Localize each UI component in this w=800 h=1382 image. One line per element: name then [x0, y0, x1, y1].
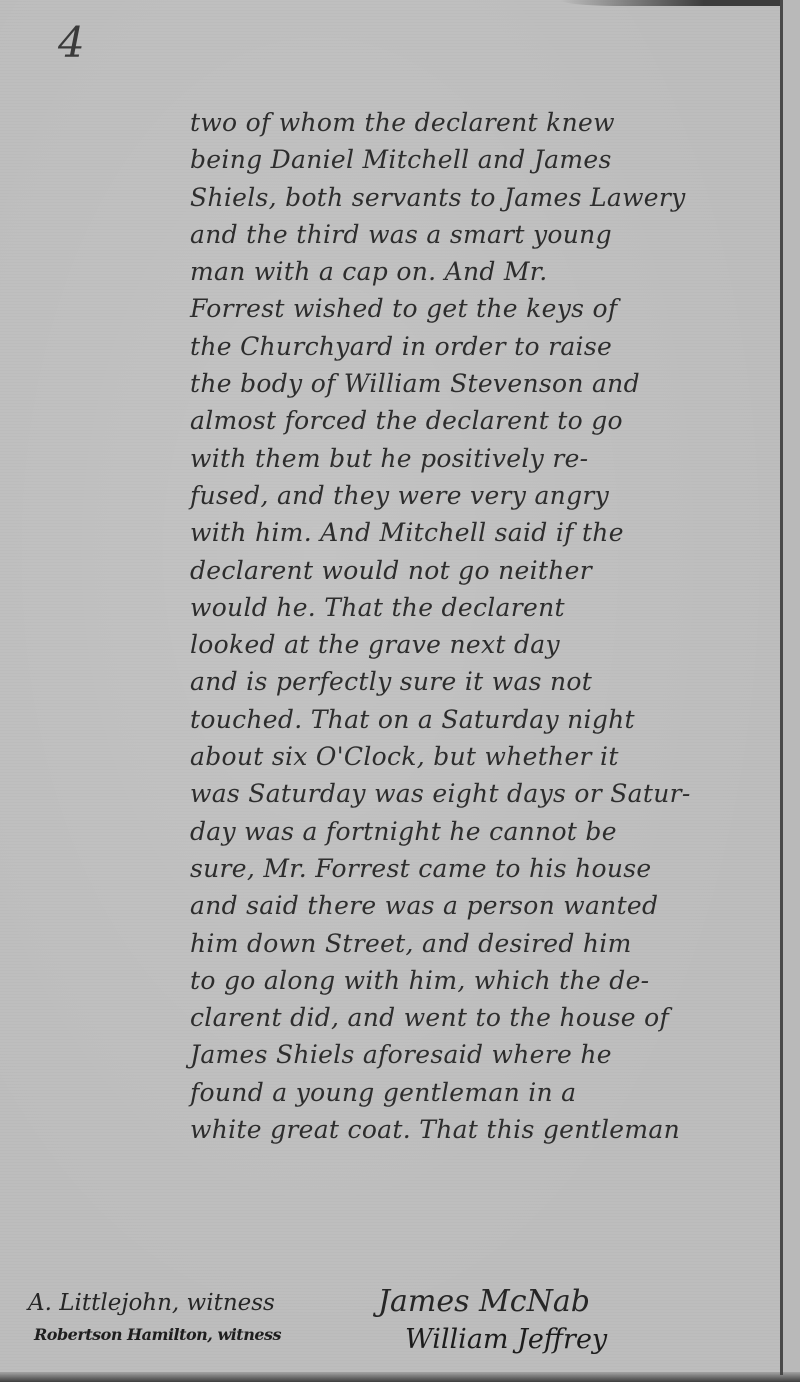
text-line: man with a cap on. And Mr.	[190, 253, 780, 290]
facing-page-edge	[783, 0, 800, 1382]
text-line: to go along with him, which the de-	[190, 962, 780, 999]
text-line: found a young gentleman in a	[190, 1074, 780, 1111]
declarant-signature: James McNab	[378, 1284, 590, 1319]
text-line: was Saturday was eight days or Satur-	[190, 775, 780, 812]
text-line: with him. And Mitchell said if the	[190, 514, 780, 551]
text-line: declarent would not go neither	[190, 552, 780, 589]
page-top-shadow	[560, 0, 800, 6]
text-line: touched. That on a Saturday night	[190, 701, 780, 738]
text-line: clarent did, and went to the house of	[190, 999, 780, 1036]
text-line: two of whom the declarent knew	[190, 104, 780, 141]
text-line: with them but he positively re-	[190, 440, 780, 477]
magistrate-signature: William Jeffrey	[405, 1324, 607, 1355]
text-line: almost forced the declarent to go	[190, 402, 780, 439]
text-line: about six O'Clock, but whether it	[190, 738, 780, 775]
witness-signature: A. Littlejohn, witness	[28, 1290, 275, 1316]
text-line: Forrest wished to get the keys of	[190, 290, 780, 327]
declaration-text: two of whom the declarent knew being Dan…	[190, 104, 780, 1148]
page-number: 4	[58, 22, 85, 64]
text-line: the Churchyard in order to raise	[190, 328, 780, 365]
text-line: being Daniel Mitchell and James	[190, 141, 780, 178]
text-line: and is perfectly sure it was not	[190, 663, 780, 700]
text-line: sure, Mr. Forrest came to his house	[190, 850, 780, 887]
page-bottom-edge	[0, 1372, 800, 1382]
manuscript-page: 4 two of whom the declarent knew being D…	[0, 0, 800, 1382]
text-line: and the third was a smart young	[190, 216, 780, 253]
text-line: looked at the grave next day	[190, 626, 780, 663]
text-line: white great coat. That this gentleman	[190, 1111, 780, 1148]
text-line: would he. That the declarent	[190, 589, 780, 626]
text-line: the body of William Stevenson and	[190, 365, 780, 402]
witness-signature: Robertson Hamilton, witness	[34, 1325, 281, 1344]
text-line: fused, and they were very angry	[190, 477, 780, 514]
text-line: him down Street, and desired him	[190, 925, 780, 962]
signature-block: A. Littlejohn, witness Robertson Hamilto…	[0, 1280, 780, 1370]
text-line: James Shiels aforesaid where he	[190, 1036, 780, 1073]
text-line: day was a fortnight he cannot be	[190, 813, 780, 850]
text-line: Shiels, both servants to James Lawery	[190, 179, 780, 216]
text-line: and said there was a person wanted	[190, 887, 780, 924]
